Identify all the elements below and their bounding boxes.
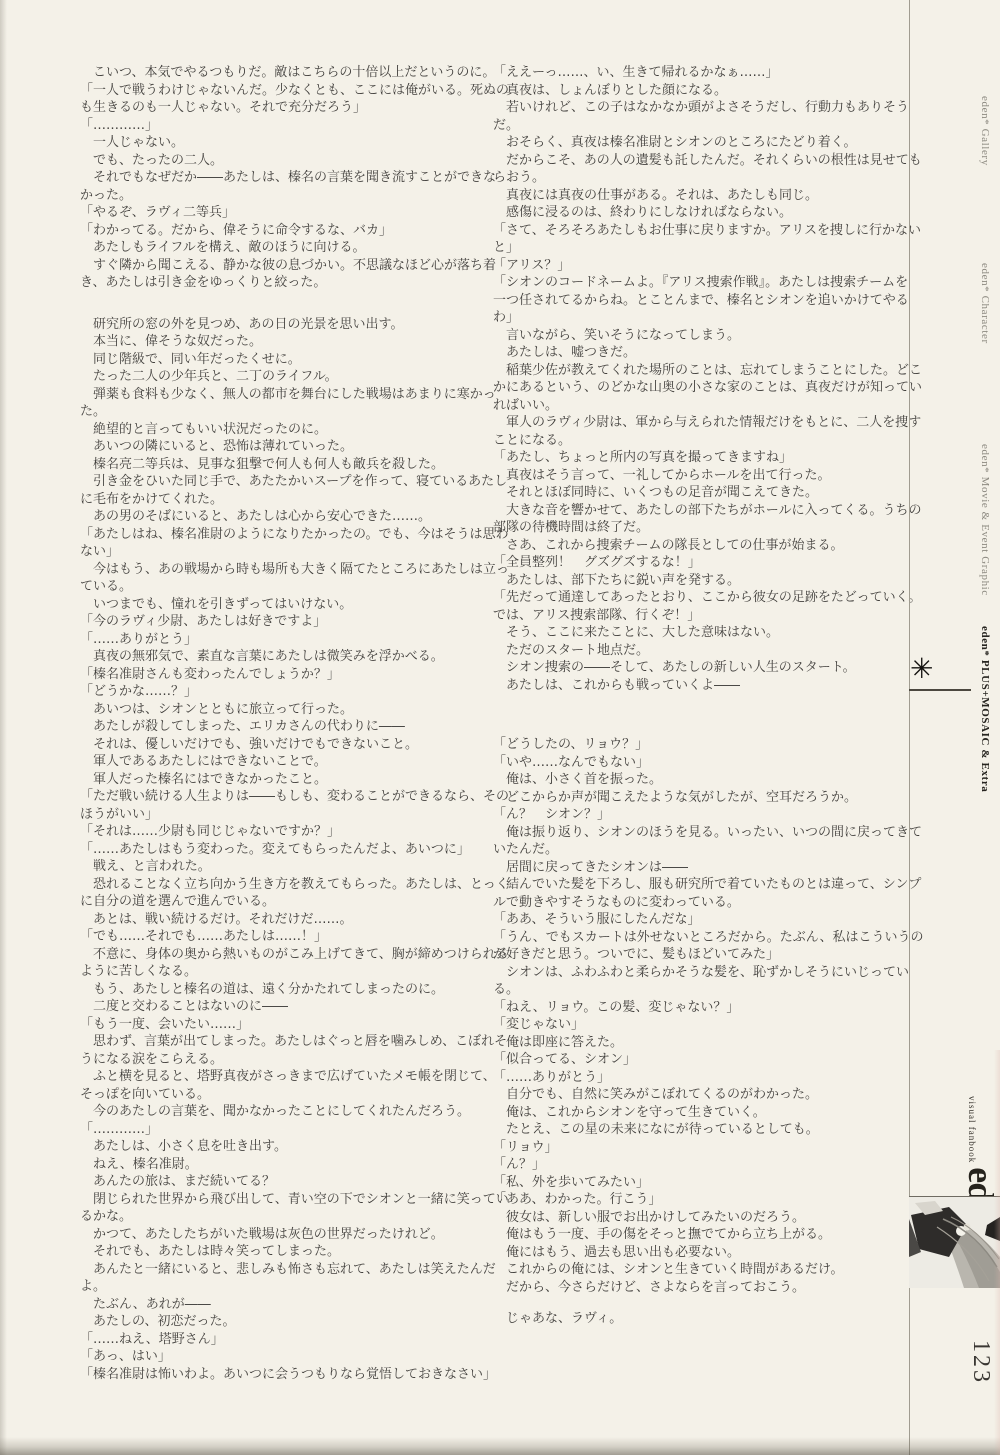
text-line: たとえ、この星の未来になにが待っているとしても。 — [493, 1121, 909, 1139]
text-line: こいつ、本気でやるつもりだ。敵はこちらの十倍以上だというのに。 — [80, 64, 492, 82]
text-line: 今のあたしの言葉を、聞かなかったことにしてくれたんだろう。 — [80, 1103, 492, 1121]
text-line: 「……ありがとう」 — [493, 1069, 909, 1087]
text-line: 研究所の窓の外を見つめ、あの日の光景を思い出す。 — [80, 316, 492, 334]
text-line: に毛布をかけてくれた。 — [80, 491, 492, 509]
text-line: 「……ねえ、塔野さん」 — [80, 1331, 492, 1349]
text-line: シオンは、ふわふわと柔らかそうな髪を、恥ずかしそうにいじってい — [493, 964, 909, 982]
text-line: 「やるぞ、ラヴィ二等兵」 — [80, 204, 492, 222]
text-line: 「ああ、わかった。行こう」 — [493, 1191, 909, 1209]
text-line: 言いながら、笑いそうになってしまう。 — [493, 327, 909, 345]
text-line: が好きだと思う。ついでに、髪もほどいてみた」 — [493, 946, 909, 964]
text-line: 真夜の無邪気で、素直な言葉にあたしは微笑みを浮かべる。 — [80, 648, 492, 666]
text-line: 軍人であるあたしにはできないことで。 — [80, 753, 492, 771]
text-line: 「わかってる。だから、偉そうに命令するな、バカ」 — [80, 222, 492, 240]
text-line: 「一人で戦うわけじゃないんだ。少なくとも、ここには俺がいる。死ぬの — [80, 82, 492, 100]
text-line: 絶望的と言ってもいい状況だったのに。 — [80, 421, 492, 439]
text-line: 閉じられた世界から飛び出して、青い空の下でシオンと一緒に笑ってい — [80, 1191, 492, 1209]
book-page: こいつ、本気でやるつもりだ。敵はこちらの十倍以上だというのに。「一人で戦うわけじ… — [0, 0, 1000, 1455]
text-line: あたしは、部下たちに鋭い声を発する。 — [493, 572, 909, 590]
text-line: でも、たったの二人。 — [80, 152, 492, 170]
text-line: た。 — [80, 403, 492, 421]
text-line: 俺はもう一度、手の傷をそっと撫でてから立ち上がる。 — [493, 1226, 909, 1244]
right-column: 「ええーっ……、い、生きて帰れるかなぁ……」 真夜は、しょんぼりとした顔になる。… — [493, 64, 909, 1328]
text-line: 軍人だった榛名にはできなかったこと。 — [80, 771, 492, 789]
text-line: 「うん、でもスカートは外せないところだから。たぶん、私はこういうの — [493, 929, 909, 947]
text-line: 「全員整列！ グズグズするな！」 — [493, 554, 909, 572]
text-line: ている。 — [80, 578, 492, 596]
text-line: そう、ここに来たことに、大した意味はない。 — [493, 624, 909, 642]
text-line: 「さて、そろそろあたしもお仕事に戻りますか。アリスを捜しに行かない — [493, 222, 909, 240]
text-line: 「……ありがとう」 — [80, 631, 492, 649]
text-line: 俺は振り返り、シオンのほうを見る。いったい、いつの間に戻ってきて — [493, 824, 909, 842]
text-line: あいつは、シオンとともに旅立って行った。 — [80, 701, 492, 719]
text-line: たぶん、あれが―― — [80, 1296, 492, 1314]
text-line: かった。 — [80, 187, 492, 205]
text-line: る。 — [493, 981, 909, 999]
sidebar-tab-gallery: eden* Gallery — [979, 96, 991, 166]
text-line: ない」 — [80, 543, 492, 561]
text-line: 「どうかな……？」 — [80, 683, 492, 701]
text-line: あたしは、小さく息を吐き出す。 — [80, 1138, 492, 1156]
text-line: どこからか声が聞こえたような気がしたが、空耳だろうか。 — [493, 789, 909, 807]
text-line: らおう。 — [493, 169, 909, 187]
text-line: 榛名亮二等兵は、見事な狙撃で何人も何人も敵兵を殺した。 — [80, 456, 492, 474]
text-line: 戦え、と言われた。 — [80, 858, 492, 876]
text-line: 今はもう、あの戦場から時も場所も大きく隔てたところにあたしは立っ — [80, 561, 492, 579]
scan-shadow-left — [0, 0, 7, 1455]
text-line: 引き金をひいた同じ手で、あたたかいスープを作って、寝ているあたし — [80, 473, 492, 491]
text-line: 「リョウ」 — [493, 1139, 909, 1157]
text-line: 「ああ、そういう服にしたんだな」 — [493, 911, 909, 929]
text-line: 居間に戻ってきたシオンは―― — [493, 859, 909, 877]
text-line: 「でも……それでも……あたしは……！」 — [80, 928, 492, 946]
text-line: すぐ隣から聞こえる、静かな彼の息づかい。不思議なほど心が落ち着 — [80, 257, 492, 275]
text-line: 彼女は、新しい服でお出かけしてみたいのだろう。 — [493, 1209, 909, 1227]
text-line: それでも、あたしは時々笑ってしまった。 — [80, 1243, 492, 1261]
text-line: 「あたし、ちょっと所内の写真を撮ってきますね」 — [493, 449, 909, 467]
text-line: 恐れることなく立ち向かう生き方を教えてもらった。あたしは、とっく — [80, 876, 492, 894]
text-line: 「あっ、はい」 — [80, 1348, 492, 1366]
text-line: 真夜はそう言って、一礼してからホールを出て行った。 — [493, 467, 909, 485]
paragraph-block: 研究所の窓の外を見つめ、あの日の光景を思い出す。 本当に、偉そうな奴だった。 同… — [80, 316, 492, 1384]
text-line: 若いけれど、この子はなかなか頭がよさそうだし、行動力もありそう — [493, 99, 909, 117]
logo-subtitle: visual fanbook — [967, 1096, 977, 1163]
text-line: もう、あたしと榛名の道は、遠く分かたれてしまったのに。 — [80, 981, 492, 999]
text-line: 「ん？」 — [493, 1156, 909, 1174]
text-line: これからの俺には、シオンと生きていく時間があるだけ。 — [493, 1261, 909, 1279]
text-line: では、アリス捜索部隊、行くぞ！」 — [493, 607, 909, 625]
paragraph-block: 「どうしたの、リョウ？」「いや……なんでもない」 俺は、小さく首を振った。 どこ… — [493, 736, 909, 1296]
text-line: それでもなぜだか――あたしは、榛名の言葉を聞き流すことができな — [80, 169, 492, 187]
text-line: と」 — [493, 239, 909, 257]
text-line: 「シオンのコードネームよ。『アリス捜索作戦』。あたしは捜索チームを — [493, 274, 909, 292]
text-line: 「榛名准尉は怖いわよ。あいつに会うつもりなら覚悟しておきなさい」 — [80, 1366, 492, 1384]
paragraph-block: じゃあな、ラヴィ。 — [493, 1310, 909, 1328]
text-line: 真夜には真夜の仕事がある。それは、あたしも同じ。 — [493, 187, 909, 205]
text-line: 「変じゃない」 — [493, 1016, 909, 1034]
text-line: 「ええーっ……、い、生きて帰れるかなぁ……」 — [493, 64, 909, 82]
text-line: あたしが殺してしまった、エリカさんの代わりに―― — [80, 718, 492, 736]
text-line: 「ん？ シオン？」 — [493, 806, 909, 824]
text-line: 「どうしたの、リョウ？」 — [493, 736, 909, 754]
text-line: 俺にはもう、過去も思い出も必要ない。 — [493, 1244, 909, 1262]
text-line: ればいい。 — [493, 397, 909, 415]
text-line: 「…………」 — [80, 1121, 492, 1139]
text-line: 弾薬も食料も少なく、無人の都市を舞台にした戦場はあまりに寒かっ — [80, 386, 492, 404]
text-line: あんたと一緒にいると、悲しみも怖さも忘れて、あたしは笑えたんだ — [80, 1261, 492, 1279]
text-line: 一つ任されてるからね。とことんまで、榛名とシオンを追いかけてやる — [493, 292, 909, 310]
text-line: あたしは、これからも戦っていくよ―― — [493, 677, 909, 695]
sidebar-tab-movie-event-graphic: eden* Movie & Event Graphic — [979, 444, 991, 596]
scan-tint-right — [994, 1050, 1000, 1455]
text-line: 「もう一度、会いたい……」 — [80, 1016, 492, 1034]
text-line: 感傷に浸るのは、終わりにしなければならない。 — [493, 204, 909, 222]
text-line: 部隊の待機時間は終了だ。 — [493, 519, 909, 537]
text-line: 軍人のラヴィ少尉は、軍から与えられた情報だけをもとに、二人を捜す — [493, 414, 909, 432]
text-line: だ。 — [493, 117, 909, 135]
active-section-asterisk-icon: ✳ — [910, 654, 933, 684]
text-line: よ。 — [80, 1278, 492, 1296]
text-line: 真夜は、しょんぼりとした顔になる。 — [493, 82, 909, 100]
text-line: いたんだ。 — [493, 841, 909, 859]
text-line: るかな。 — [80, 1208, 492, 1226]
text-line: 「…………」 — [80, 117, 492, 135]
text-line: 二度と交わることはないのに―― — [80, 998, 492, 1016]
text-line: 不意に、身体の奥から熱いものがこみ上げてきて、胸が締めつけられる — [80, 946, 492, 964]
text-line: ほうがいい」 — [80, 806, 492, 824]
text-line: 思わず、言葉が出てしまった。あたしはぐっと唇を噛みしめ、こぼれそ — [80, 1033, 492, 1051]
text-line: 一人じゃない。 — [80, 134, 492, 152]
text-line: じゃあな、ラヴィ。 — [493, 1310, 909, 1328]
text-line: 「私、外を歩いてみたい」 — [493, 1174, 909, 1192]
text-line: ように苦しくなる。 — [80, 963, 492, 981]
paragraph-block: 「ええーっ……、い、生きて帰れるかなぁ……」 真夜は、しょんぼりとした顔になる。… — [493, 64, 909, 694]
text-line: あいつの隣にいると、恐怖は薄れていった。 — [80, 438, 492, 456]
text-line: それは、優しいだけでも、強いだけでもできないこと。 — [80, 736, 492, 754]
text-line: 本当に、偉そうな奴だった。 — [80, 333, 492, 351]
text-line: あとは、戦い続けるだけ。それだけだ……。 — [80, 911, 492, 929]
text-line: 「先だって通達してあったとおり、ここから彼女の足跡をたどっていく。 — [493, 589, 909, 607]
text-line: うになる涙をこらえる。 — [80, 1051, 492, 1069]
text-line: それとほぼ同時に、いくつもの足音が聞こえてきた。 — [493, 484, 909, 502]
text-line: さあ、これから捜索チームの隊長としての仕事が始まる。 — [493, 537, 909, 555]
text-line: 大きな音を響かせて、あたしの部下たちがホールに入ってくる。うちの — [493, 502, 909, 520]
text-line: に自分の道を選んで進んでいる。 — [80, 893, 492, 911]
text-line: 俺は、小さく首を振った。 — [493, 771, 909, 789]
text-line: 「あたしはね、榛名准尉のようになりたかったの。でも、今はそうは思わ — [80, 526, 492, 544]
text-line: き、あたしは引き金をゆっくりと絞った。 — [80, 274, 492, 292]
text-line: そっぽを向いている。 — [80, 1086, 492, 1104]
active-section-tick — [909, 689, 971, 691]
text-line: ことになる。 — [493, 432, 909, 450]
text-line: かつて、あたしたちがいた戦場は灰色の世界だったけれど。 — [80, 1226, 492, 1244]
text-line: ふと横を見ると、塔野真夜がさっきまで広げていたメモ帳を閉じて、 — [80, 1068, 492, 1086]
text-line: あたしは、嘘つきだ。 — [493, 344, 909, 362]
left-column: こいつ、本気でやるつもりだ。敵はこちらの十倍以上だというのに。「一人で戦うわけじ… — [80, 64, 492, 1383]
text-line: ルで動きやすそうなものに変わっている。 — [493, 894, 909, 912]
text-line: 稲葉少佐が教えてくれた場所のことは、忘れてしまうことにした。どこ — [493, 362, 909, 380]
text-line: おそらく、真夜は榛名准尉とシオンのところにたどり着く。 — [493, 134, 909, 152]
text-line: 「アリス？」 — [493, 257, 909, 275]
text-line: シオン捜索の――そして、あたしの新しい人生のスタート。 — [493, 659, 909, 677]
page-number: 123 — [967, 1340, 994, 1385]
text-line: たった二人の少年兵と、二丁のライフル。 — [80, 368, 492, 386]
text-line: 自分でも、自然に笑みがこぼれてくるのがわかった。 — [493, 1086, 909, 1104]
text-line: だからこそ、あの人の遺髪も託したんだ。それくらいの根性は見せても — [493, 152, 909, 170]
text-line: 俺は、これからシオンを守って生きていく。 — [493, 1104, 909, 1122]
paragraph-block: こいつ、本気でやるつもりだ。敵はこちらの十倍以上だというのに。「一人で戦うわけじ… — [80, 64, 492, 292]
text-line: 「似合ってる、シオン」 — [493, 1051, 909, 1069]
text-line: 「ただ戦い続ける人生よりは――もしも、変わることができるなら、その — [80, 788, 492, 806]
text-line: 「それは……少尉も同じじゃないですか？」 — [80, 823, 492, 841]
text-line: あの男のそばにいると、あたしは心から安心できた……。 — [80, 508, 492, 526]
character-artwork — [909, 1197, 1000, 1288]
text-line: 「いや……なんでもない」 — [493, 754, 909, 772]
text-line: 結んでいた髪を下ろし、服も研究所で着ていたものとは違って、シンプ — [493, 876, 909, 894]
text-line: かにあるという、のどかな山奥の小さな家のことは、真夜だけが知ってい — [493, 379, 909, 397]
text-line: あたしもライフルを構え、敵のほうに向ける。 — [80, 239, 492, 257]
text-line: も生きるのも一人じゃない。それで充分だろう」 — [80, 99, 492, 117]
text-line: 俺は即座に答えた。 — [493, 1034, 909, 1052]
text-line: いつまでも、憧れを引きずってはいけない。 — [80, 596, 492, 614]
text-line: あたしの、初恋だった。 — [80, 1313, 492, 1331]
sidebar-tab-character: eden* Character — [979, 263, 991, 344]
text-line: 「……あたしはもう変わった。変えてもらったんだよ、あいつに」 — [80, 841, 492, 859]
text-line: 「今のラヴィ少尉、あたしは好きですよ」 — [80, 613, 492, 631]
text-line: だから、今さらだけど、さよならを言っておこう。 — [493, 1279, 909, 1297]
text-line: わ」 — [493, 309, 909, 327]
text-line: 「ねえ、リョウ。この髪、変じゃない？」 — [493, 999, 909, 1017]
sidebar-tab-plus-mosaic-extra: eden* PLUS+MOSAIC & Extra — [979, 626, 991, 792]
text-line: あんたの旅は、まだ続いてる？ — [80, 1173, 492, 1191]
text-line: 同じ階級で、同い年だったくせに。 — [80, 351, 492, 369]
text-line: 「榛名准尉さんも変わったんでしょうか？」 — [80, 666, 492, 684]
text-line: ねえ、榛名准尉。 — [80, 1156, 492, 1174]
scan-shadow-bottom — [0, 1437, 1000, 1455]
text-line: ただのスタート地点だ。 — [493, 642, 909, 660]
